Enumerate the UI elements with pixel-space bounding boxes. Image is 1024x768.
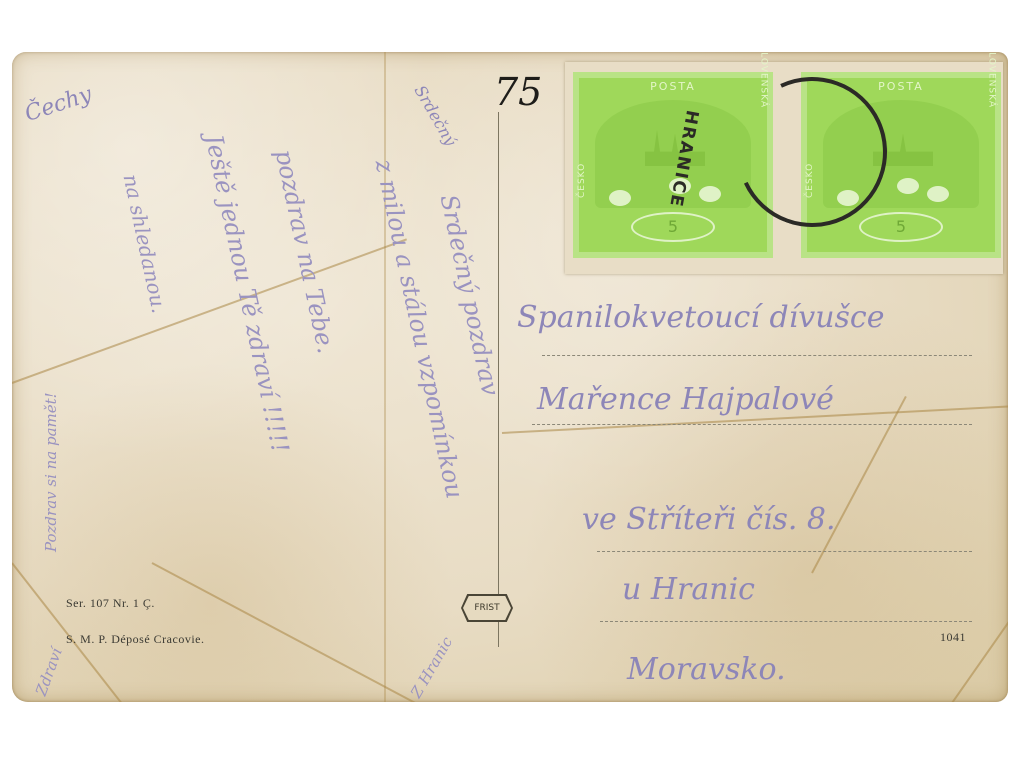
address-line-4: u Hranic: [622, 572, 755, 607]
crease: [12, 238, 407, 384]
top-note: Srdečný: [411, 82, 461, 149]
crease: [951, 604, 1008, 702]
ink-number: 75: [494, 70, 542, 114]
corner-note: Čechy: [22, 82, 95, 127]
edge-note: Pozdrav si na pamět!: [42, 392, 60, 552]
frist-mark: FRIST: [463, 596, 511, 620]
series-text: Ser. 107 Nr. 1 Ç.: [66, 596, 155, 611]
address-rule: [542, 355, 972, 356]
message-column-3: pozdrav na Tebe.: [270, 147, 341, 356]
leaf-icon: [927, 186, 949, 202]
stamp-header: POSTA: [579, 80, 767, 93]
bottom-left-note: Zdraví: [32, 646, 66, 699]
message-column-5: na shledanou.: [119, 172, 172, 315]
stamp-side-left: ČESKO: [577, 163, 587, 198]
bottom-middle-note: Z Hranic: [407, 634, 456, 701]
stamp-value: 5: [631, 212, 715, 242]
address-rule: [600, 621, 972, 622]
card-number: 1041: [940, 630, 966, 645]
address-rule: [597, 551, 972, 552]
message-column-1: Srdečný pozdrav: [435, 192, 505, 398]
leaf-icon: [609, 190, 631, 206]
address-line-3: ve Stříteři čís. 8.: [582, 502, 836, 537]
leaf-icon: [897, 178, 919, 194]
publisher-text: S. M. P. Déposé Cracovie.: [66, 632, 205, 647]
address-line-5: Moravsko.: [627, 652, 786, 687]
stamp-side-right: SLOVENSKÁ: [987, 52, 997, 108]
address-rule: [532, 424, 972, 425]
address-line-2: Mařence Hajpalové: [537, 382, 834, 417]
crease: [811, 396, 907, 574]
stamp-value: 5: [859, 212, 943, 242]
address-line-1: Spanilokvetoucí dívušce: [517, 300, 885, 335]
vertical-fold: [384, 52, 386, 702]
leaf-icon: [699, 186, 721, 202]
